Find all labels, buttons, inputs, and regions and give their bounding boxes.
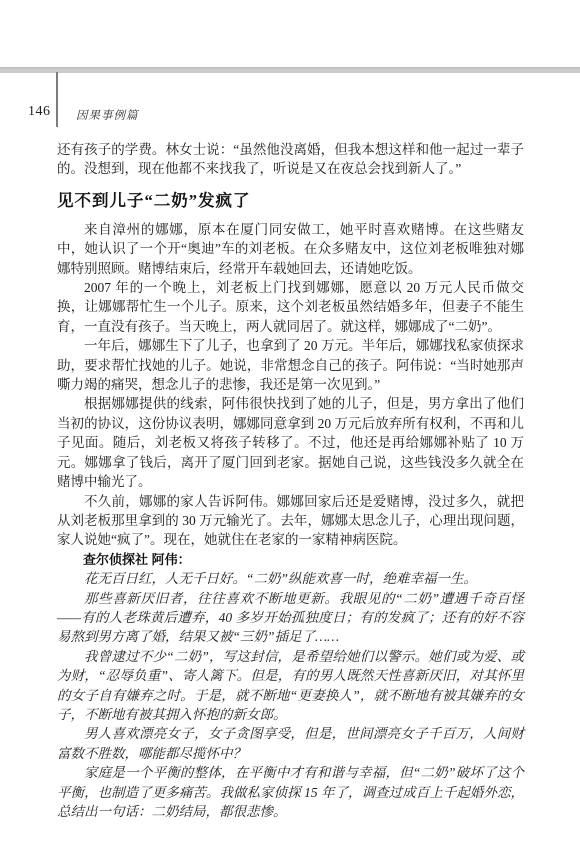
intro-paragraph: 还有孩子的学费。林女士说：“虽然他没离婚，但我本想这样和他一起过一辈子的。没想到… <box>57 140 524 179</box>
detective-label: 查尔侦探社 阿伟： <box>57 550 524 569</box>
body-paragraph-3: 一年后，娜娜生下了儿子，也拿到了 20 万元。半年后，娜娜找私家侦探求助，要求帮… <box>57 336 524 394</box>
article-heading: 见不到儿子“二奶”发疯了 <box>57 190 524 212</box>
page-content: 还有孩子的学费。林女士说：“虽然他没离婚，但我本想这样和他一起过一辈子的。没想到… <box>57 140 524 821</box>
body-paragraph-5: 不久前，娜娜的家人告诉阿伟。娜娜回家后还是爱赌博，没过多久，就把从刘老板那里拿到… <box>57 492 524 550</box>
commentary-paragraph-4: 男人喜欢漂亮女子，女子贪图享受，但是，世间漂亮女子千百万，人间财富数不胜数，哪能… <box>57 724 524 763</box>
section-title: 因果事例篇 <box>76 107 139 123</box>
commentary-paragraph-1: 花无百日红，人无千日好。“二奶”纵能欢喜一时，绝难幸福一生。 <box>57 569 524 588</box>
commentary-paragraph-5: 家庭是一个平衡的整体，在平衡中才有和谐与幸福，但“二奶”破坏了这个平衡，也制造了… <box>57 763 524 821</box>
book-page: 146 因果事例篇 还有孩子的学费。林女士说：“虽然他没离婚，但我本想这样和他一… <box>0 0 580 846</box>
commentary-paragraph-3: 我曾逮过不少“二奶”，写这封信，是希望给她们以警示。她们或为爱、或为财，“忍辱负… <box>57 647 524 725</box>
page-number: 146 <box>28 104 50 120</box>
body-paragraph-1: 来自漳州的娜娜，原本在厦门同安做工，她平时喜欢赌博。在这些赌友中，她认识了一个开… <box>57 220 524 278</box>
header-rule <box>0 67 580 73</box>
commentary-paragraph-2: 那些喜新厌旧者，往往喜欢不断地更新。我眼见的“二奶”遭遇千奇百怪——有的人老珠黄… <box>57 589 524 647</box>
body-paragraph-4: 根据娜娜提供的线索，阿伟很快找到了她的儿子，但是，男方拿出了他们当初的协议，这份… <box>57 394 524 491</box>
body-paragraph-2: 2007 年的一个晚上，刘老板上门找到娜娜，愿意以 20 万元人民币做交换，让娜… <box>57 278 524 336</box>
header-divider <box>56 72 58 127</box>
